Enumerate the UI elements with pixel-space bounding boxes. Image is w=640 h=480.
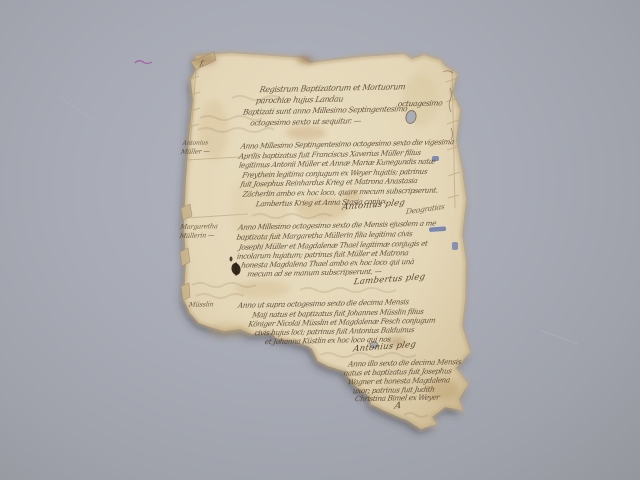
signature-line: Antonius pleg xyxy=(341,199,405,212)
margin-note: Margaretha xyxy=(180,223,218,230)
header-line: Baptizati sunt anno Millesimo Septingent… xyxy=(242,105,407,116)
handwriting-layer: f. Registrum Baptizatorum et Mortuorum p… xyxy=(0,0,640,480)
header-line: octogesimo sexto ut sequitur. — xyxy=(250,117,362,127)
margin-note: Müllerin — xyxy=(179,232,215,239)
margin-note: Müsslin xyxy=(188,301,214,308)
margin-note: Antonius xyxy=(182,140,208,147)
side-note: Deogratias xyxy=(406,203,445,216)
archive-photo-stage: f. Registrum Baptizatorum et Mortuorum p… xyxy=(0,0,640,480)
header-line: Registrum Baptizatorum et Mortuorum xyxy=(259,83,406,94)
entry-line: Zächerlin ambo ex hoc loco, quare mecum … xyxy=(242,187,438,198)
signature-line: A xyxy=(394,402,402,412)
signature-line: Antonius pleg xyxy=(352,341,416,354)
header-line: octuagesimo xyxy=(397,99,443,108)
margin-note: Müller — xyxy=(180,148,210,155)
header-line: parochiæ hujus Landau xyxy=(255,95,344,105)
corner-mark: f. xyxy=(199,60,204,67)
entry-line: Anno Millesimo Septingentesimo octogesim… xyxy=(240,138,454,150)
